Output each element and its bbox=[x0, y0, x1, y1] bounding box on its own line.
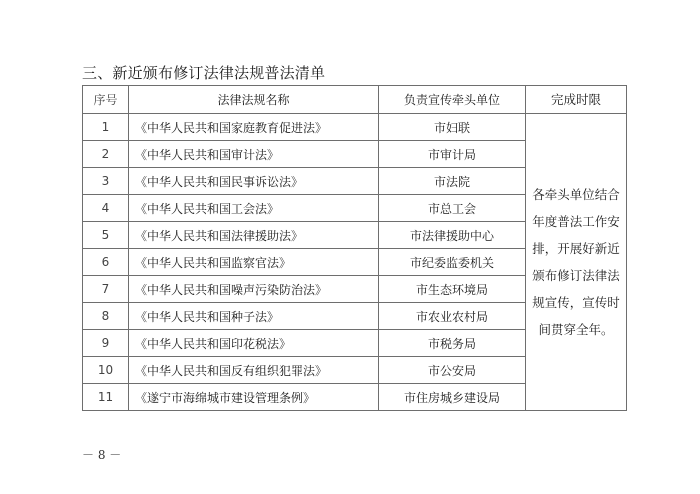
law-list-table: 序号 法律法规名称 负责宣传牵头单位 完成时限 1 《中华人民共和国家庭教育促进… bbox=[82, 85, 627, 411]
row-seq: 1 bbox=[83, 114, 129, 141]
row-name: 《遂宁市海绵城市建设管理条例》 bbox=[129, 384, 379, 411]
row-name: 《中华人民共和国工会法》 bbox=[129, 195, 379, 222]
table-row: 1 《中华人民共和国家庭教育促进法》 市妇联 各牵头单位结合年度普法工作安排，开… bbox=[83, 114, 627, 141]
row-seq: 4 bbox=[83, 195, 129, 222]
row-seq: 6 bbox=[83, 249, 129, 276]
row-unit: 市总工会 bbox=[379, 195, 526, 222]
row-unit: 市妇联 bbox=[379, 114, 526, 141]
row-seq: 8 bbox=[83, 303, 129, 330]
row-unit: 市公安局 bbox=[379, 357, 526, 384]
row-name: 《中华人民共和国噪声污染防治法》 bbox=[129, 276, 379, 303]
row-unit: 市法律援助中心 bbox=[379, 222, 526, 249]
row-name: 《中华人民共和国种子法》 bbox=[129, 303, 379, 330]
page-number: － 8 － bbox=[82, 446, 121, 463]
header-deadline: 完成时限 bbox=[526, 86, 627, 114]
row-unit: 市纪委监委机关 bbox=[379, 249, 526, 276]
row-seq: 9 bbox=[83, 330, 129, 357]
row-name: 《中华人民共和国审计法》 bbox=[129, 141, 379, 168]
row-name: 《中华人民共和国法律援助法》 bbox=[129, 222, 379, 249]
row-seq: 2 bbox=[83, 141, 129, 168]
row-seq: 5 bbox=[83, 222, 129, 249]
row-unit: 市生态环境局 bbox=[379, 276, 526, 303]
deadline-cell: 各牵头单位结合年度普法工作安排，开展好新近颁布修订法律法规宣传，宣传时间贯穿全年… bbox=[526, 114, 627, 411]
row-unit: 市审计局 bbox=[379, 141, 526, 168]
row-unit: 市住房城乡建设局 bbox=[379, 384, 526, 411]
section-title: 三、新近颁布修订法律法规普法清单 bbox=[82, 62, 325, 83]
row-name: 《中华人民共和国家庭教育促进法》 bbox=[129, 114, 379, 141]
row-name: 《中华人民共和国印花税法》 bbox=[129, 330, 379, 357]
table-header-row: 序号 法律法规名称 负责宣传牵头单位 完成时限 bbox=[83, 86, 627, 114]
row-seq: 11 bbox=[83, 384, 129, 411]
row-seq: 3 bbox=[83, 168, 129, 195]
header-seq: 序号 bbox=[83, 86, 129, 114]
row-name: 《中华人民共和国民事诉讼法》 bbox=[129, 168, 379, 195]
row-name: 《中华人民共和国反有组织犯罪法》 bbox=[129, 357, 379, 384]
row-seq: 7 bbox=[83, 276, 129, 303]
header-name: 法律法规名称 bbox=[129, 86, 379, 114]
row-unit: 市农业农村局 bbox=[379, 303, 526, 330]
row-unit: 市税务局 bbox=[379, 330, 526, 357]
row-unit: 市法院 bbox=[379, 168, 526, 195]
row-name: 《中华人民共和国监察官法》 bbox=[129, 249, 379, 276]
row-seq: 10 bbox=[83, 357, 129, 384]
header-unit: 负责宣传牵头单位 bbox=[379, 86, 526, 114]
